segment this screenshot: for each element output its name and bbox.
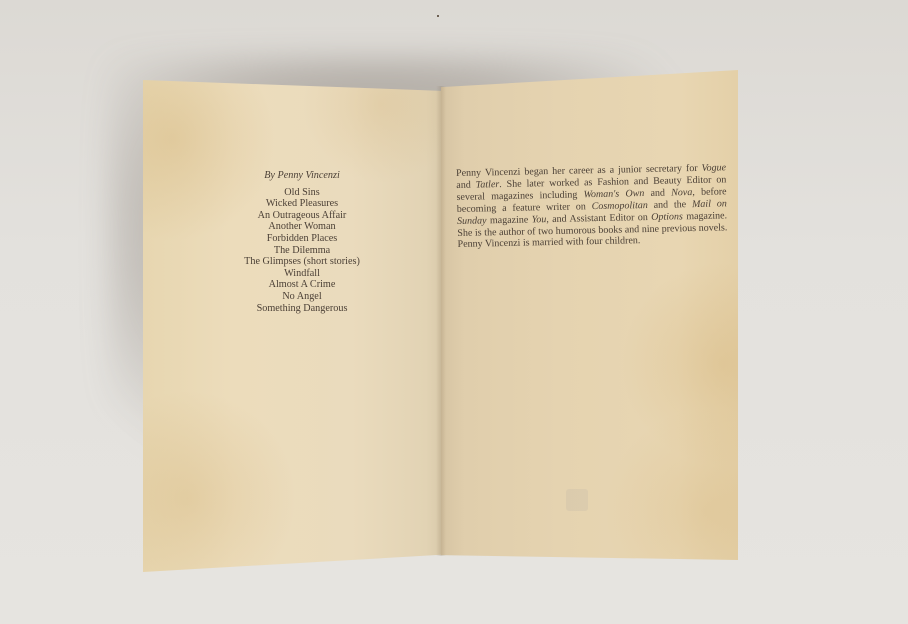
book-title: Windfall	[222, 268, 382, 280]
bio-italic: Options	[651, 211, 683, 223]
bio-text: , and Assistant Editor on	[546, 212, 651, 225]
book-spine	[436, 86, 446, 556]
bio-italic: Nova	[671, 187, 692, 198]
book-title: The Glimpses (short stories)	[222, 256, 382, 268]
book-title: Something Dangerous	[222, 303, 382, 315]
left-page	[143, 80, 441, 572]
bio-text: and the	[648, 199, 692, 211]
also-by-list: By Penny Vincenzi Old Sins Wicked Pleasu…	[222, 170, 382, 314]
byline: By Penny Vincenzi	[222, 170, 382, 182]
book-title: Old Sins	[222, 187, 382, 199]
bio-text: and	[456, 179, 476, 190]
bio-italic: Vogue	[701, 162, 726, 174]
bio-italic: You	[532, 214, 547, 225]
book-title: Forbidden Places	[222, 233, 382, 245]
bio-italic: Cosmopolitan	[592, 200, 648, 212]
bio-text: and	[644, 187, 671, 199]
book-title: Wicked Pleasures	[222, 198, 382, 210]
author-bio: Penny Vincenzi began her career as a jun…	[456, 162, 728, 251]
bio-italic: Tatler	[476, 179, 500, 190]
book-title: No Angel	[222, 291, 382, 303]
book-title: Another Woman	[222, 221, 382, 233]
bio-italic: Woman's Own	[583, 188, 644, 200]
bio-text: magazine	[486, 214, 531, 226]
book-title: The Dilemma	[222, 245, 382, 257]
book-title: An Outrageous Affair	[222, 210, 382, 222]
book-title: Almost A Crime	[222, 279, 382, 291]
surface-speck	[437, 15, 439, 17]
right-page	[441, 70, 738, 560]
publisher-logo-icon	[566, 489, 588, 511]
